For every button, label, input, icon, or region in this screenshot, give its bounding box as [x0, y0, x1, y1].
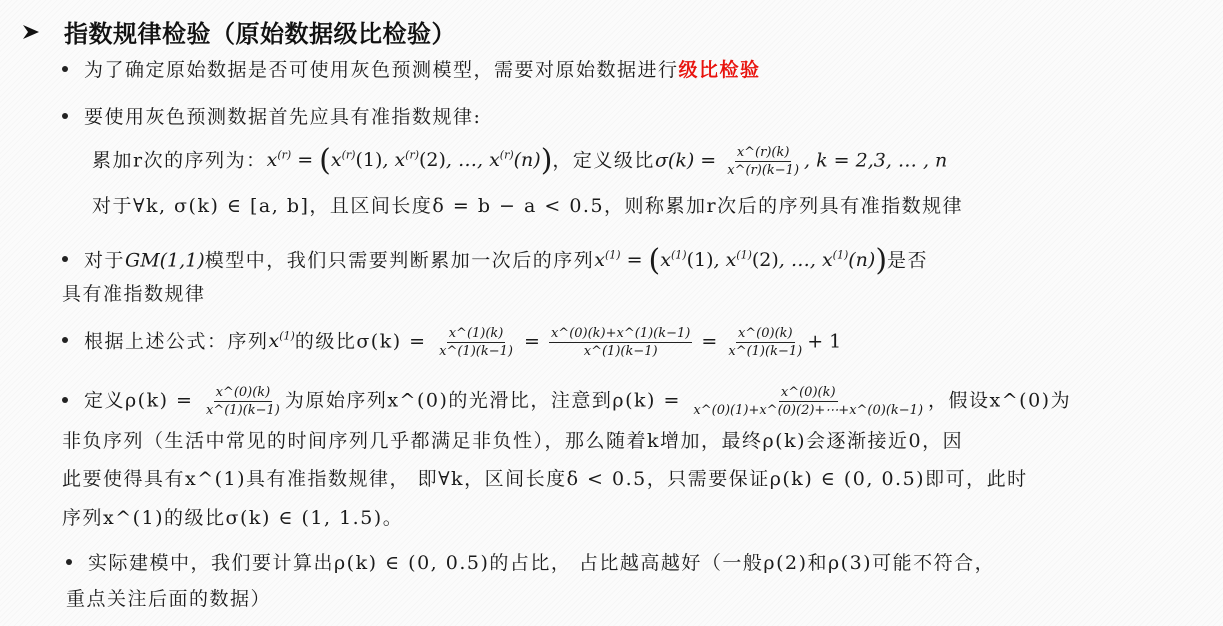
bullet-3: 对于GM(1,1)模型中，我们只需要判断累加一次后的序列x(1) = (x(1)… — [62, 243, 928, 274]
bullet-5-line3-text: 此要使得具有x^(1)具有准指数规律， 即∀k，区间长度δ < 0.5，只需要保… — [62, 468, 1028, 490]
bullet-dot-icon — [66, 559, 72, 565]
bullet-5-suffix: ，假设x^(0)为 — [928, 390, 1071, 412]
sequence-formula: x(r) = (x(r)(1), x(r)(2), …, x(r)(n)) — [267, 149, 553, 171]
bullet-3-suffix: 是否 — [887, 249, 928, 271]
title-row: 指数规律检验（原始数据级比检验） — [22, 14, 456, 49]
k-range: , k = 2,3, … , n — [804, 149, 947, 171]
bullet-2-text: 要使用灰色预测数据首先应具有准指数规律: — [84, 106, 481, 128]
bullet-dot-icon — [62, 113, 68, 119]
ratio-fraction: x^(r)(k)x^(r)(k−1) — [725, 145, 801, 178]
bullet-4-prefix: 根据上述公式：序列 — [84, 330, 269, 352]
bullet-5-line3: 此要使得具有x^(1)具有准指数规律， 即∀k，区间长度δ < 0.5，只需要保… — [62, 466, 1028, 492]
arrow-bullet-icon — [22, 24, 40, 40]
bullet-3-line2: 具有准指数规律 — [62, 281, 206, 307]
bullet-6-line2: 重点关注后面的数据） — [66, 586, 271, 612]
bullet-3-middle: 模型中，我们只需要判断累加一次后的序列 — [205, 249, 595, 271]
bullet-5-line4: 序列x^(1)的级比σ(k) ∈ (1, 1.5)。 — [62, 505, 403, 531]
formula-prefix: 累加r次的序列为： — [92, 149, 267, 171]
bullet-4-middle: 的级比σ(k) = — [295, 330, 434, 352]
bullet-5-line4-text: 序列x^(1)的级比σ(k) ∈ (1, 1.5)。 — [62, 507, 403, 529]
rho-fraction: x^(0)(k)x^(1)(k−1) — [204, 385, 282, 418]
page-title: 指数规律检验（原始数据级比检验） — [64, 14, 456, 49]
fraction-3: x^(0)(k)x^(1)(k−1) — [726, 326, 804, 359]
ratio-definition-label: ，定义级比 — [552, 149, 655, 171]
bullet-5-middle: 为原始序列x^(0)的光滑比，注意到ρ(k) = — [285, 390, 689, 412]
model-name: GM(1,1) — [125, 249, 205, 271]
bullet-2-formula-line: 累加r次的序列为：x(r) = (x(r)(1), x(r)(2), …, x(… — [92, 143, 947, 178]
bullet-1: 为了确定原始数据是否可使用灰色预测模型，需要对原始数据进行级比检验 — [62, 57, 761, 83]
rho-expanded-fraction: x^(0)(k)x^(0)(1)+x^(0)(2)+⋯+x^(0)(k−1) — [691, 385, 925, 418]
highlight-ratio-test: 级比检验 — [679, 59, 761, 81]
slide: 指数规律检验（原始数据级比检验） 为了确定原始数据是否可使用灰色预测模型，需要对… — [0, 0, 1223, 626]
bullet-5-line2-text: 非负序列（生活中常见的时间序列几乎都满足非负性），那么随着k增加，最终ρ(k)会… — [62, 430, 963, 452]
bullet-5-line2: 非负序列（生活中常见的时间序列几乎都满足非负性），那么随着k增加，最终ρ(k)会… — [62, 428, 963, 454]
rho-definition: 定义ρ(k) = — [84, 390, 201, 412]
x1-symbol: x(1) — [269, 330, 295, 352]
bullet-6: 实际建模中，我们要计算出ρ(k) ∈ (0, 0.5)的占比， 占比越高越好（一… — [66, 550, 995, 576]
x1-sequence-formula: x(1) = (x(1)(1), x(1)(2), …, x(1)(n)) — [594, 249, 887, 271]
bullet-3-line2-text: 具有准指数规律 — [62, 283, 206, 305]
fraction-2: x^(0)(k)+x^(1)(k−1)x^(1)(k−1) — [549, 326, 692, 359]
bullet-5: 定义ρ(k) = x^(0)(k)x^(1)(k−1)为原始序列x^(0)的光滑… — [62, 385, 1071, 418]
bullet-dot-icon — [62, 337, 68, 343]
bullet-2: 要使用灰色预测数据首先应具有准指数规律: — [62, 104, 481, 130]
bullet-6-line1-text: 实际建模中，我们要计算出ρ(k) ∈ (0, 0.5)的占比， 占比越高越好（一… — [88, 552, 995, 574]
bullet-3-prefix: 对于 — [84, 249, 125, 271]
plus-one: + 1 — [807, 330, 841, 352]
condition-text: 对于∀k, σ(k) ∈ [a, b]，且区间长度δ = b − a < 0.5… — [92, 195, 963, 217]
bullet-4: 根据上述公式：序列x(1)的级比σ(k) = x^(1)(k)x^(1)(k−1… — [62, 324, 841, 359]
bullet-2-condition-line: 对于∀k, σ(k) ∈ [a, b]，且区间长度δ = b − a < 0.5… — [92, 193, 963, 219]
bullet-dot-icon — [62, 256, 68, 262]
bullet-dot-icon — [62, 397, 68, 403]
fraction-1: x^(1)(k)x^(1)(k−1) — [437, 326, 515, 359]
bullet-dot-icon — [62, 66, 68, 72]
bullet-1-text: 为了确定原始数据是否可使用灰色预测模型，需要对原始数据进行 — [84, 59, 679, 81]
bullet-6-line2-text: 重点关注后面的数据） — [66, 588, 271, 610]
sigma-label: σ(k) = — [655, 149, 722, 171]
